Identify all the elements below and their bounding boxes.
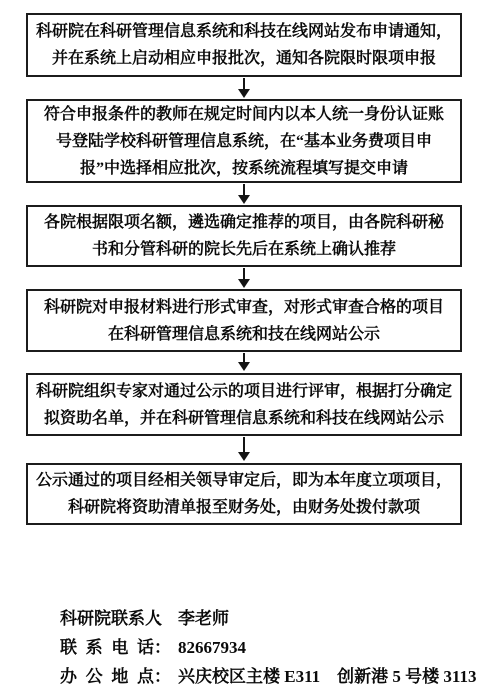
contact-label: 办公地点 [60,662,154,690]
arrow-head [238,279,250,288]
arrow-head [238,89,250,98]
arrow-line [243,353,245,362]
arrow-line [243,184,245,195]
process-step-4-formal-review: 科研院对申报材料进行形式审查，对形式审查合格的项目 在科研管理信息系统和技在线网… [26,289,462,352]
contact-phone-value: 82667934 [178,633,246,662]
arrow-line [243,268,245,279]
contact-label: 科研院联系人 [60,604,154,633]
arrow-head [238,195,250,204]
arrow-down-icon [238,268,250,288]
contact-row-person: 科研院联系人：李老师 [60,604,476,633]
contact-row-address: 办公地点：兴庆校区主楼 E311 创新港 5 号楼 3113 [60,662,476,690]
process-step-2-teacher-application: 符合申报条件的教师在规定时间内以本人统一身份认证账 号登陆学校科研管理信息系统，… [26,99,462,183]
arrow-down-icon [238,353,250,371]
arrow-head [238,362,250,371]
contact-colon: ： [154,633,171,662]
contact-colon: ： [154,662,171,690]
arrow-down-icon [238,184,250,204]
contact-person-value: 李老师 [178,604,229,633]
process-step-1-notice-release: 科研院在科研管理信息系统和科技在线网站发布申请通知， 并在系统上启动相应申报批次… [26,13,462,77]
arrow-down-icon [238,437,250,461]
contact-row-phone: 联系电话：82667934 [60,633,476,662]
process-step-6-funding-approval: 公示通过的项目经相关领导审定后，即为本年度立项项目， 科研院将资助清单报至财务处… [26,463,462,525]
arrow-head [238,452,250,461]
contact-info-block: 科研院联系人：李老师 联系电话：82667934 办公地点：兴庆校区主楼 E31… [60,604,476,690]
arrow-line [243,78,245,89]
process-step-3-college-recommendation: 各院根据限项名额，遴选确定推荐的项目，由各院科研秘 书和分管科研的院长先后在系统… [26,205,462,267]
arrow-line [243,437,245,452]
flowchart-page: 科研院在科研管理信息系统和科技在线网站发布申请通知， 并在系统上启动相应申报批次… [0,0,487,690]
contact-address-value: 兴庆校区主楼 E311 创新港 5 号楼 3113 [178,662,476,690]
contact-colon: ： [154,604,171,633]
arrow-down-icon [238,78,250,98]
contact-label: 联系电话 [60,633,154,662]
process-step-5-expert-evaluation: 科研院组织专家对通过公示的项目进行评审，根据打分确定 拟资助名单，并在科研管理信… [26,373,462,436]
